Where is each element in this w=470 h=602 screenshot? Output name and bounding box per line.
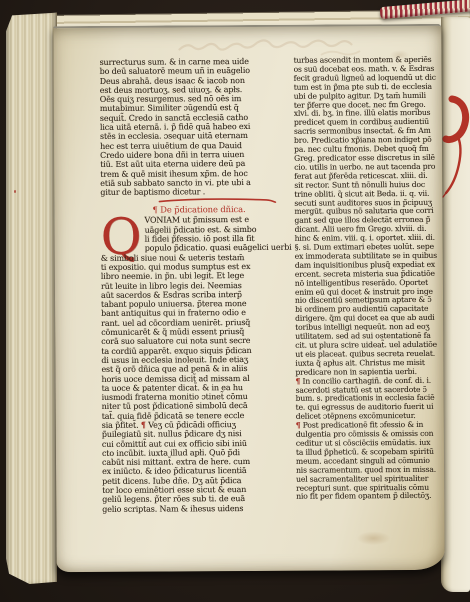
red-ink-speck (14, 190, 16, 193)
book-page: surrecturus sum. & in carne mea uidebo d… (53, 24, 444, 572)
lombardic-initial-q: Q (101, 217, 141, 245)
right-column-text: turbas ascendit in montem & aperiēsos su… (294, 56, 451, 502)
chapter-heading: ¶ De p̃dicatione dñica. (152, 204, 298, 215)
rubric-pilcrow: ¶ (152, 205, 157, 215)
page-stack-edges (6, 12, 57, 584)
left-column-intro-text: surrecturus sum. & in carne mea uidebo d… (100, 57, 299, 198)
left-column: surrecturus sum. & in carne mea uidebo d… (100, 57, 301, 514)
right-column: turbas ascendit in montem & aperiēsos su… (294, 56, 451, 502)
quoniam-paragraph: Q VONIAM ut p̃missum est euāgelii p̃dica… (100, 215, 300, 514)
red-line-filler (158, 197, 276, 204)
chapter-heading-text: De p̃dicatione dñica. (160, 204, 245, 215)
page-stain (356, 531, 390, 545)
photo-background: surrecturus sum. & in carne mea uidebo d… (0, 0, 470, 602)
left-column-body-text: VONIAM ut p̃missum est euāgelii p̃dicati… (100, 215, 300, 514)
